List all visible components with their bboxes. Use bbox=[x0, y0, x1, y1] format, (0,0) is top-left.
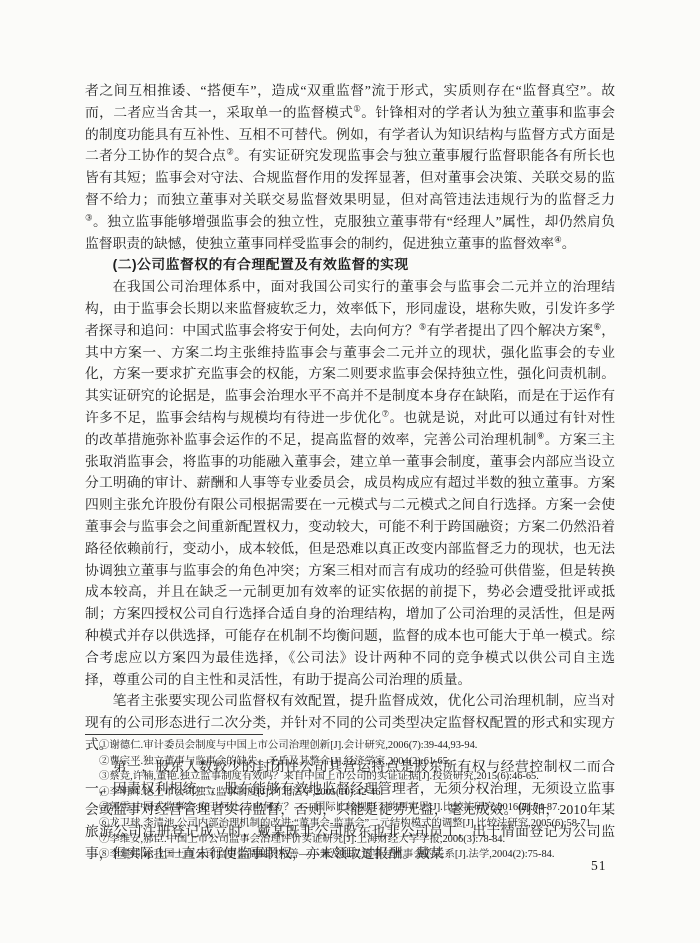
page-number: 51 bbox=[591, 858, 607, 874]
footnote-5: ⑤郭雳.中国式监事会:安于何处,去向何方？——国际比较视野下的再审思[J].比较… bbox=[85, 800, 615, 816]
footnote-separator-rule bbox=[85, 734, 263, 735]
footnote-marker: ⑦ bbox=[381, 408, 389, 418]
footnote-marker: ⑥ bbox=[593, 321, 601, 331]
footnote-2: ②曹宗平.独立董事与监事会的缺失、矛盾及其整合[J].经济学家,2004(2):… bbox=[85, 754, 615, 770]
footnote-4: ④李明辉.论上市公司独立监事制度[J].河北法学,2005(10):42-46. bbox=[85, 785, 615, 801]
footnote-marker: ⑤ bbox=[419, 321, 427, 331]
paragraph: 在我国公司治理体系中，面对我国公司实行的董事会与监事会二元并立的治理结构，由于监… bbox=[85, 276, 615, 690]
footnote-marker: ① bbox=[353, 103, 361, 113]
footnote-3: ③蔡竞,许楠,董艳.独立监事制度有效吗？来自中国上市公司的实证证据[J].投资研… bbox=[85, 769, 615, 785]
footnote-8: ⑧李建伟.论我国上市公司监事会制度的完善——兼及独立董事与监事会的关系[J].法… bbox=[85, 847, 615, 863]
footnote-marker: ③ bbox=[85, 212, 93, 222]
section-heading: (二)公司监督权的有合理配置及有效监督的实现 bbox=[85, 254, 615, 276]
footnote-7: ⑦李维安,郝臣.中国上市公司监事会治理评价实证研究[J].上海财经大学学报,20… bbox=[85, 832, 615, 848]
paragraph-continuation: 者之间互相推诿、“搭便车”，造成“双重监督”流于形式，实质则存在“监督真空”。故… bbox=[85, 80, 615, 254]
footnotes-section: ①谢德仁.审计委员会制度与中国上市公司治理创新[J].会计研究,2006(7):… bbox=[85, 734, 615, 863]
paper-page: 者之间互相推诿、“搭便车”，造成“双重监督”流于形式，实质则存在“监督真空”。故… bbox=[0, 0, 700, 943]
footnote-marker: ⑧ bbox=[537, 430, 545, 440]
footnote-marker: ② bbox=[226, 147, 234, 157]
footnote-1: ①谢德仁.审计委员会制度与中国上市公司治理创新[J].会计研究,2006(7):… bbox=[85, 738, 615, 754]
footnote-6: ⑥龙卫球,李清池.公司内部治理机制的改进:“董事会-监事会”二元结构模式的调整[… bbox=[85, 816, 615, 832]
footnote-marker: ④ bbox=[554, 234, 562, 244]
